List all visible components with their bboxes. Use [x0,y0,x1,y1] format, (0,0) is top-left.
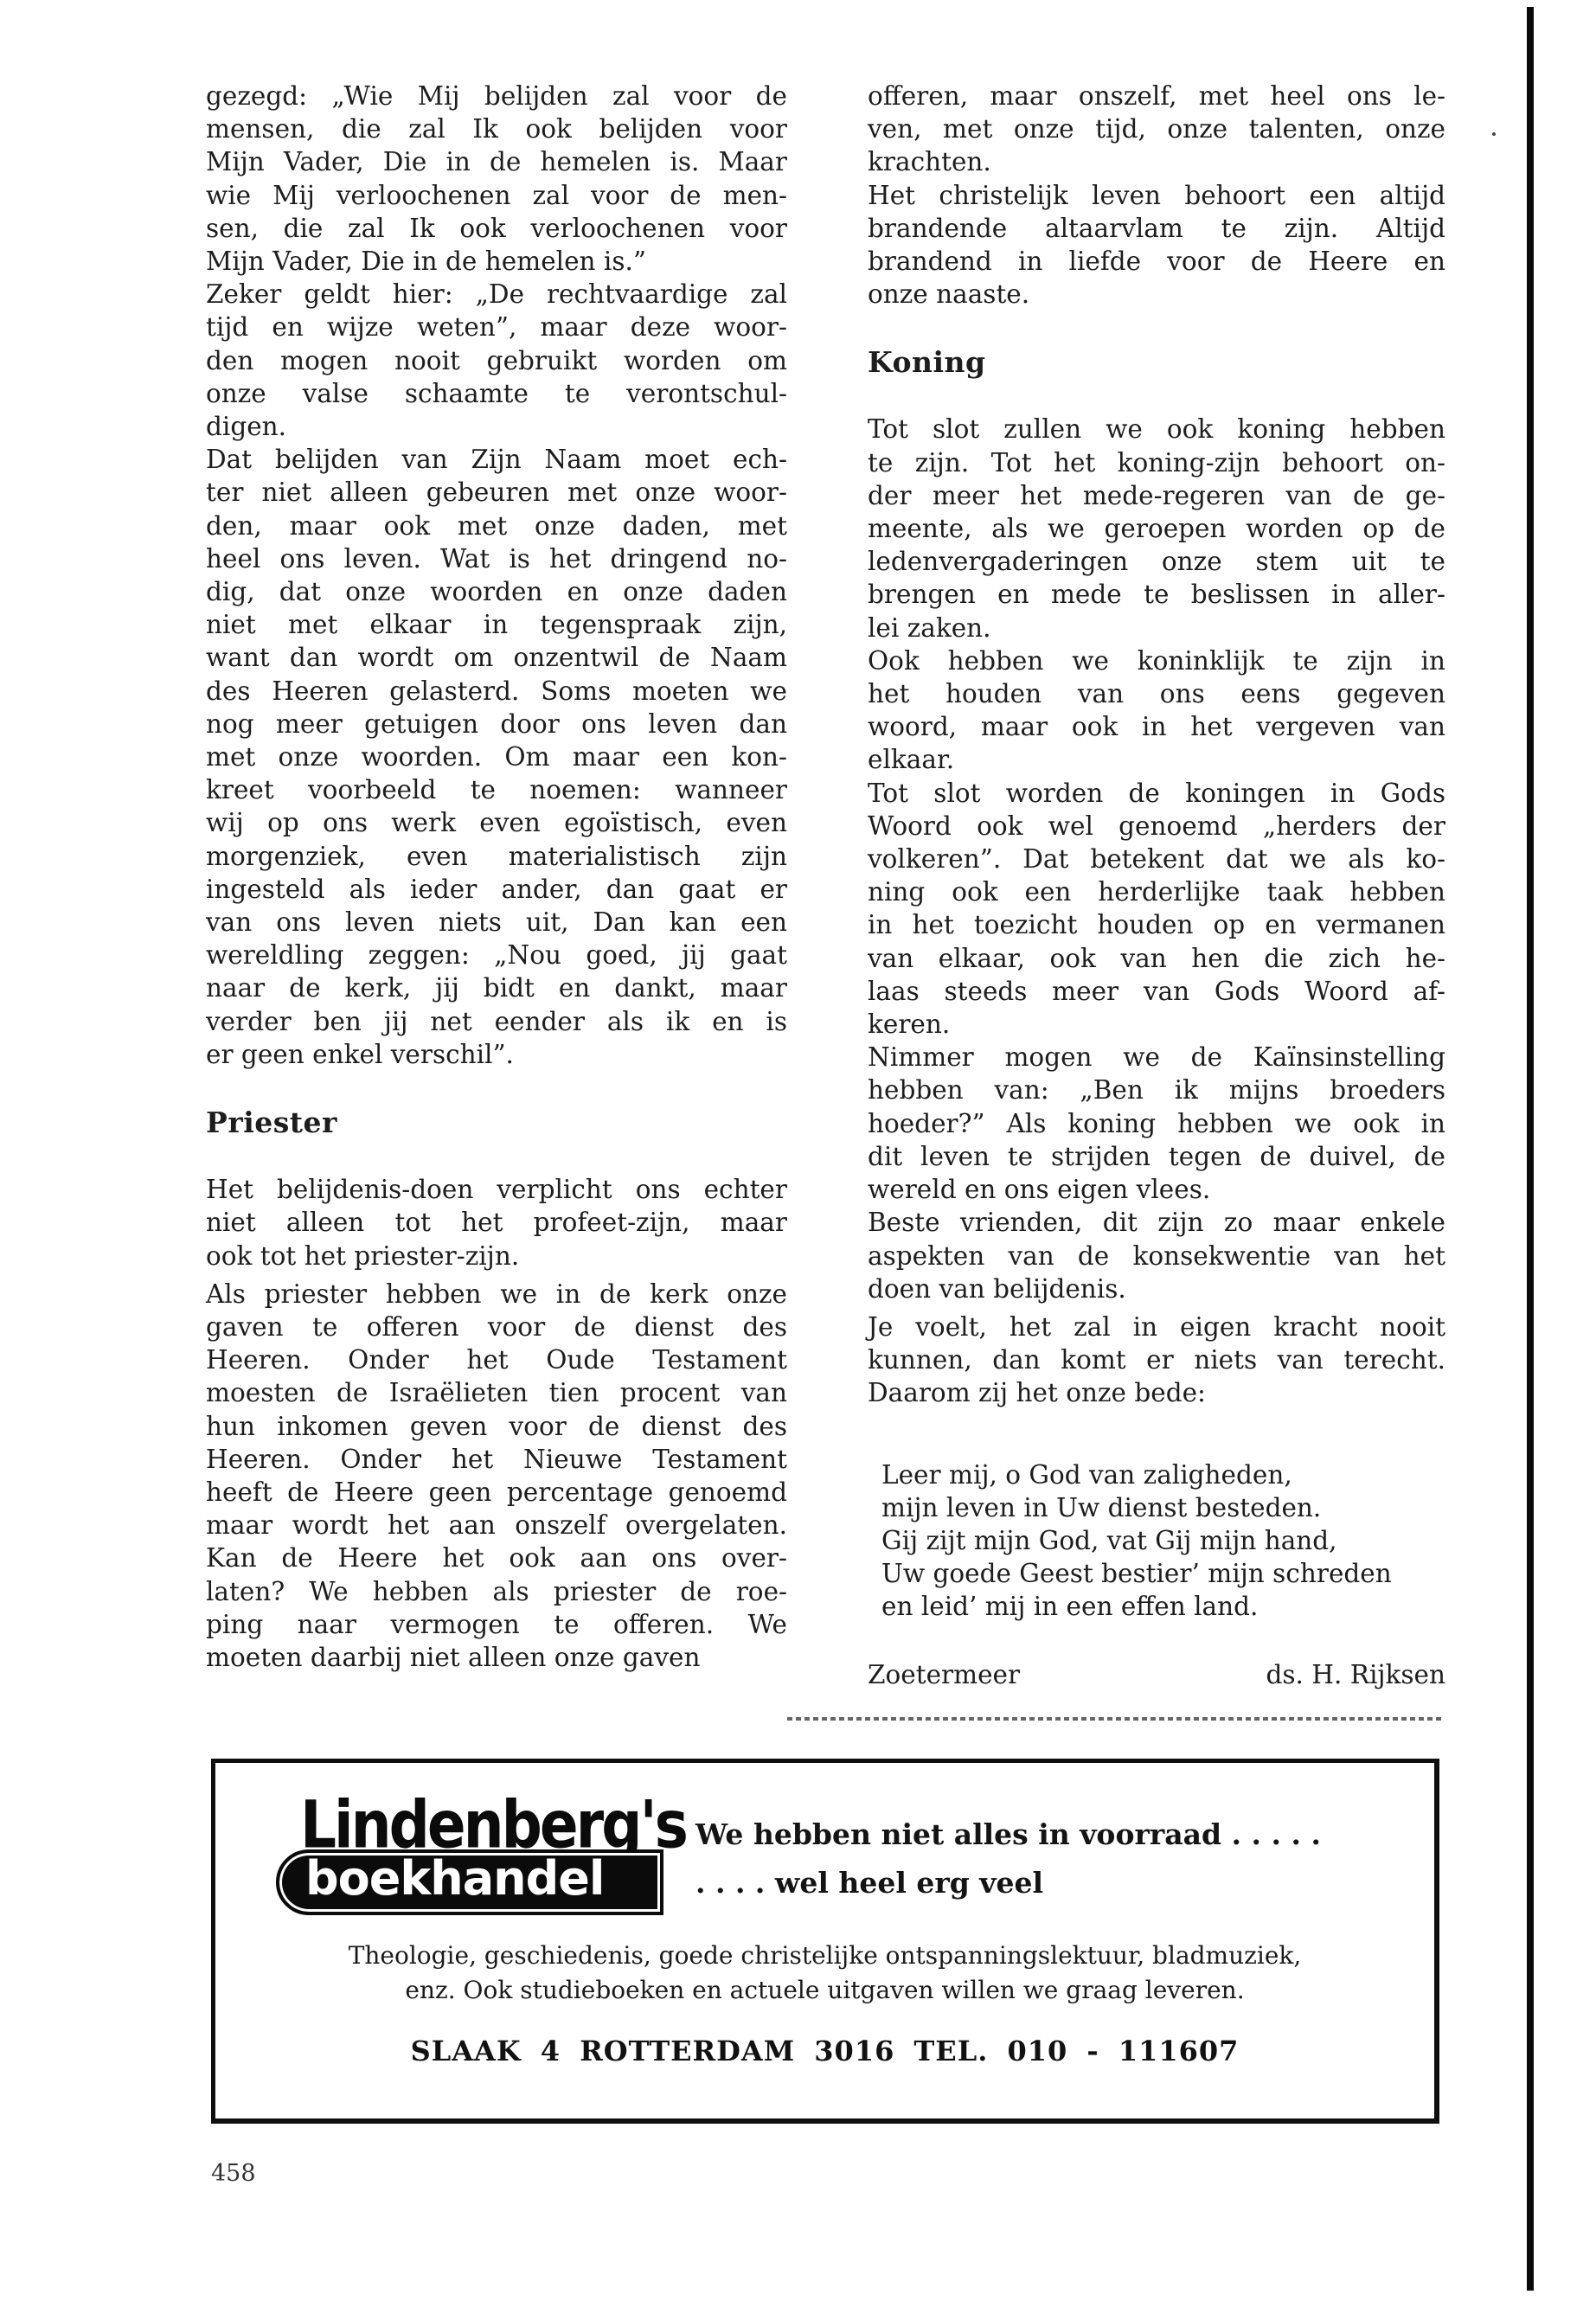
signature-author: ds. H. Rijksen [1266,1658,1445,1691]
text-line: Het christelijk leven behoort een altijd [868,179,1445,212]
paragraph-altaarvlam: Het christelijk leven behoort een altijd… [868,179,1445,311]
text-line: offeren, maar onszelf, met heel ons le- [868,80,1445,112]
logo-text-lindenbergs: Lindenberg's [300,1792,686,1858]
text-line: niet met elkaar in tegenspraak zijn, [206,608,787,641]
text-line: Mijn Vader, Die in de hemelen is. Maar [206,145,787,178]
paragraph-koning-4: Nimmer mogen we de Kaïnsinstellinghebben… [868,1041,1445,1206]
paragraph-quote: gezegd: „Wie Mij belijden zal voor demen… [206,80,787,278]
text-line: want dan wordt om onzentwil de Naam [206,641,787,674]
text-line: dit leven te strijden tegen de duivel, d… [868,1140,1445,1173]
paragraph-closing-1: Beste vrienden, dit zijn zo maar enkelea… [868,1206,1445,1305]
bookshop-logo: Lindenberg's boekhandel [276,1792,672,1920]
text-line: der meer het mede-regeren van de ge- [868,479,1445,512]
text-line: morgenziek, even materialistisch zijn [206,840,787,873]
text-line: Als priester hebben we in de kerk onze [206,1278,787,1311]
text-line: wij op ons werk even egoïstisch, even [206,806,787,839]
ad-description-line-2: enz. Ook studieboeken en actuele uitgave… [215,1973,1434,2008]
page-edge-border [1527,7,1534,2291]
text-line: onze naaste. [868,278,1445,311]
text-line: wie Mij verloochenen zal voor de men- [206,179,787,212]
ad-description: Theologie, geschiedenis, goede christeli… [215,1939,1434,2008]
text-line: te zijn. Tot het koning-zijn behoort on- [868,446,1445,479]
text-line: brandende altaarvlam te zijn. Altijd [868,212,1445,245]
right-column: offeren, maar onszelf, met heel ons le-v… [868,80,1445,1691]
text-line: lei zaken. [868,612,1445,644]
text-line: ter niet alleen gebeuren met onze woor- [206,476,787,509]
text-line: Tot slot zullen we ook koning hebben [868,413,1445,445]
text-line: hebben van: „Ben ik mijns broeders [868,1074,1445,1106]
text-line: Het belijdenis-doen verplicht ons echter [206,1173,787,1206]
poem-line: Gij zijt mijn God, vat Gij mijn hand, [881,1524,1445,1557]
text-line: hun inkomen geven voor de dienst des [206,1410,787,1443]
text-line: laten? We hebben als priester de roe- [206,1575,787,1608]
paragraph-koning-3: Tot slot worden de koningen in GodsWoord… [868,777,1445,1042]
text-line: woord, maar ook in het vergeven van [868,710,1445,743]
text-line: naar de kerk, jij bidt en dankt, maar [206,971,787,1004]
text-line: Nimmer mogen we de Kaïnsinstelling [868,1041,1445,1074]
poem-line: mijn leven in Uw dienst besteden. [881,1491,1445,1524]
heading-priester: Priester [206,1106,787,1140]
page-number: 458 [211,2160,256,2187]
ad-address: SLAAK 4 ROTTERDAM 3016 TEL. 010 - 111607 [215,2035,1434,2067]
logo-text-boekhandel: boekhandel [305,1853,604,1905]
text-line: Heeren. Onder het Nieuwe Testament [206,1443,787,1476]
text-line: gezegd: „Wie Mij belijden zal voor de [206,80,787,112]
text-line: Tot slot worden de koningen in Gods [868,777,1445,810]
text-line: ledenvergaderingen onze stem uit te [868,545,1445,578]
heading-koning: Koning [868,345,1445,380]
text-line: Kan de Heere het ook aan ons over- [206,1541,787,1574]
text-line: ven, met onze tijd, onze talenten, onze [868,112,1445,145]
text-line: Je voelt, het zal in eigen kracht nooit [868,1311,1445,1343]
poem-line: Leer mij, o God van zaligheden, [881,1458,1445,1491]
text-line: brandend in liefde voor de Heere en [868,245,1445,278]
ad-slogan-line-2: . . . . wel heel erg veel [695,1859,1321,1907]
text-line: wereldling zeggen: „Nou goed, jij gaat [206,939,787,971]
ad-slogan-line-1: We hebben niet alles in voorraad . . . .… [695,1811,1321,1859]
text-line: met onze woorden. Om maar een kon- [206,740,787,773]
text-line: den, maar ook met onze daden, met [206,510,787,542]
paragraph-closing-2: Je voelt, het zal in eigen kracht nooitk… [868,1311,1445,1410]
text-line: Dat belijden van Zijn Naam moet ech- [206,443,787,476]
paragraph-priester-1: Het belijdenis-doen verplicht ons echter… [206,1173,787,1272]
text-line: ping naar vermogen te offeren. We [206,1608,787,1641]
text-line: dig, dat onze woorden en onze daden [206,575,787,608]
text-line: Zeker geldt hier: „De rechtvaardige zal [206,278,787,311]
text-line: er geen enkel verschil”. [206,1038,787,1071]
text-line: keren. [868,1008,1445,1041]
text-line: gaven te offeren voor de dienst des [206,1311,787,1343]
text-line: aspekten van de konsekwentie van het [868,1240,1445,1272]
advertisement-box: Lindenberg's boekhandel We hebben niet a… [211,1759,1439,2124]
text-line: ning ook een herderlijke taak hebben [868,875,1445,908]
paragraph-offeren: offeren, maar onszelf, met heel ons le-v… [868,80,1445,179]
text-line: heeft de Heere geen percentage genoemd [206,1476,787,1509]
text-line: moeten daarbij niet alleen onze gaven [206,1641,787,1674]
text-line: ingesteld als ieder ander, dan gaat er [206,873,787,906]
text-line: Beste vrienden, dit zijn zo maar enkele [868,1206,1445,1239]
text-line: kreet voorbeeld te noemen: wanneer [206,773,787,806]
text-line: volkeren”. Dat betekent dat we als ko- [868,843,1445,875]
text-line: van ons leven niets uit, Dan kan een [206,906,787,939]
signature-place: Zoetermeer [868,1658,1020,1691]
text-line: Woord ook wel genoemd „herders der [868,810,1445,843]
text-line: moesten de Israëlieten tien procent van [206,1376,787,1409]
text-line: kunnen, dan komt er niets van terecht. [868,1343,1445,1376]
text-line: den mogen nooit gebruikt worden om [206,344,787,377]
ad-slogan: We hebben niet alles in voorraad . . . .… [695,1811,1321,1907]
poem-stanza: Leer mij, o God van zaligheden,mijn leve… [881,1458,1445,1624]
text-line: laas steeds meer van Gods Woord af- [868,975,1445,1008]
text-line: maar wordt het aan onszelf overgelaten. [206,1509,787,1541]
text-line: onze valse schaamte te verontschul- [206,377,787,410]
text-line: wereld en ons eigen vlees. [868,1173,1445,1206]
left-column: gezegd: „Wie Mij belijden zal voor demen… [206,80,787,1674]
text-line: in het toezicht houden op en vermanen [868,908,1445,941]
poem-line: en leid’ mij in een effen land. [881,1590,1445,1623]
signature: Zoetermeer ds. H. Rijksen [868,1658,1445,1691]
text-line: Daarom zij het onze bede: [868,1376,1445,1409]
text-line: Mijn Vader, Die in de hemelen is.” [206,245,787,278]
text-line: doen van belijdenis. [868,1272,1445,1305]
paragraph-zeker: Zeker geldt hier: „De rechtvaardige zalt… [206,278,787,443]
paragraph-koning-1: Tot slot zullen we ook koning hebbente z… [868,413,1445,644]
text-line: heel ons leven. Wat is het dringend no- [206,542,787,575]
text-line: Heeren. Onder het Oude Testament [206,1343,787,1376]
text-line: tijd en wijze weten”, maar deze woor- [206,311,787,343]
text-line: meente, als we geroepen worden op de [868,512,1445,545]
paragraph-koning-2: Ook hebben we koninklijk te zijn inhet h… [868,644,1445,777]
text-line: sen, die zal Ik ook verloochenen voor [206,212,787,245]
text-line: krachten. [868,145,1445,178]
text-line: het houden van ons eens gegeven [868,677,1445,710]
text-line: hoeder?” Als koning hebben we ook in [868,1107,1445,1140]
text-line: des Heeren gelasterd. Soms moeten we [206,675,787,708]
print-speck [1492,132,1496,136]
ad-description-line-1: Theologie, geschiedenis, goede christeli… [215,1939,1434,1973]
text-line: van elkaar, ook van hen die zich he- [868,942,1445,975]
text-line: verder ben jij net eender als ik en is [206,1005,787,1038]
text-line: mensen, die zal Ik ook belijden voor [206,112,787,145]
text-line: digen. [206,410,787,443]
text-line: brengen en mede te beslissen in aller- [868,578,1445,611]
text-line: ook tot het priester-zijn. [206,1240,787,1272]
paragraph-priester-2: Als priester hebben we in de kerk onzega… [206,1278,787,1674]
text-line: elkaar. [868,743,1445,776]
text-line: nog meer getuigen door ons leven dan [206,708,787,740]
text-line: Ook hebben we koninklijk te zijn in [868,644,1445,677]
separator-rule [787,1717,1445,1721]
text-line: niet alleen tot het profeet-zijn, maar [206,1206,787,1239]
poem-line: Uw goede Geest bestier’ mijn schreden [881,1557,1445,1590]
paragraph-belijden: Dat belijden van Zijn Naam moet ech-ter … [206,443,787,1071]
